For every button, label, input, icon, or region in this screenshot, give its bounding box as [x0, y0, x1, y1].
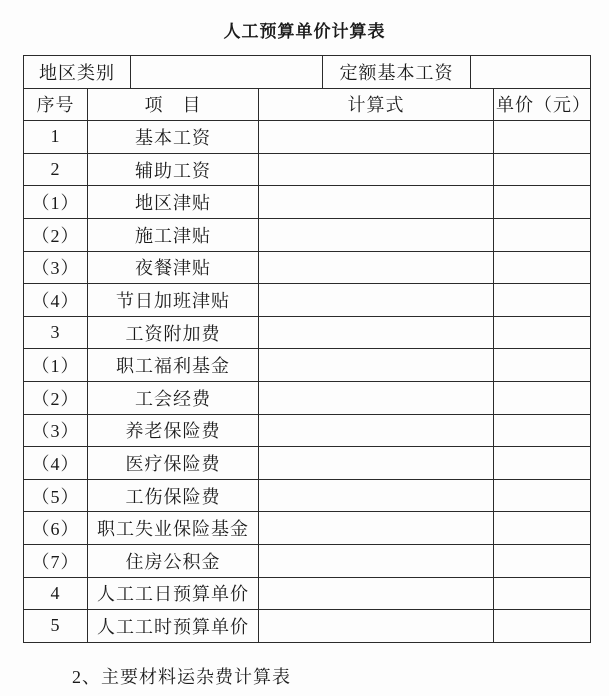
table-row: （2） 工会经费 [24, 381, 591, 414]
col-header-serial: 序号 [24, 88, 88, 121]
table-row: （7） 住房公积金 [24, 544, 591, 577]
table-row: （1） 职工福利基金 [24, 349, 591, 382]
row-no-cell: 2 [24, 153, 88, 186]
page-title: 人工预算单价计算表 [0, 17, 609, 42]
row-no-cell: （3） [24, 414, 88, 447]
table-row: 2 辅助工资 [24, 153, 591, 186]
row-item-cell: 施工津贴 [88, 218, 259, 251]
row-formula-cell [259, 153, 494, 186]
footer-note: 2、主要材料运杂费计算表 [72, 663, 291, 689]
row-price-cell [494, 414, 591, 447]
row-price-cell [494, 544, 591, 577]
info-table: 地区类别 定额基本工资 [23, 55, 591, 89]
row-item-cell: 住房公积金 [88, 544, 259, 577]
row-formula-cell [259, 284, 494, 317]
row-item-cell: 人工工时预算单价 [88, 610, 259, 643]
row-item-cell: 地区津贴 [88, 186, 259, 219]
table-row: （1） 地区津贴 [24, 186, 591, 219]
row-formula-cell [259, 577, 494, 610]
row-no-cell: 4 [24, 577, 88, 610]
row-item-cell: 辅助工资 [88, 153, 259, 186]
row-item-cell: 职工失业保险基金 [88, 512, 259, 545]
row-item-cell: 工会经费 [88, 381, 259, 414]
row-item-cell: 职工福利基金 [88, 349, 259, 382]
row-price-cell [494, 349, 591, 382]
row-price-cell [494, 577, 591, 610]
col-header-unit-price: 单价（元） [494, 88, 591, 121]
table-row: 5 人工工时预算单价 [24, 610, 591, 643]
row-formula-cell [259, 479, 494, 512]
row-price-cell [494, 153, 591, 186]
row-formula-cell [259, 381, 494, 414]
table-row: （3） 夜餐津贴 [24, 251, 591, 284]
table-row: （4） 节日加班津贴 [24, 284, 591, 317]
quota-base-wage-label: 定额基本工资 [323, 56, 471, 89]
row-item-cell: 养老保险费 [88, 414, 259, 447]
document-page: 人工预算单价计算表 地区类别 定额基本工资 序号 项 目 计算式 单价（元） 1 [0, 0, 609, 696]
row-price-cell [494, 316, 591, 349]
row-item-cell: 节日加班津贴 [88, 284, 259, 317]
row-no-cell: （4） [24, 284, 88, 317]
row-price-cell [494, 186, 591, 219]
table-row: （2） 施工津贴 [24, 218, 591, 251]
table-row: 3 工资附加费 [24, 316, 591, 349]
region-type-value [131, 56, 323, 89]
row-no-cell: （2） [24, 381, 88, 414]
row-no-cell: （1） [24, 186, 88, 219]
col-header-formula: 计算式 [259, 88, 494, 121]
row-price-cell [494, 447, 591, 480]
table-row: 4 人工工日预算单价 [24, 577, 591, 610]
row-no-cell: （2） [24, 218, 88, 251]
row-formula-cell [259, 121, 494, 154]
row-price-cell [494, 121, 591, 154]
header-row: 序号 项 目 计算式 单价（元） [24, 88, 591, 121]
row-price-cell [494, 251, 591, 284]
row-item-cell: 人工工日预算单价 [88, 577, 259, 610]
table-row: （4） 医疗保险费 [24, 447, 591, 480]
row-formula-cell [259, 316, 494, 349]
calc-table-body: 1 基本工资 2 辅助工资 （1） 地区津贴 （2） 施工津贴 （3） 夜餐津贴… [24, 121, 591, 643]
table-row: （5） 工伤保险费 [24, 479, 591, 512]
quota-base-wage-value [471, 56, 591, 89]
row-no-cell: （4） [24, 447, 88, 480]
col-header-item: 项 目 [88, 88, 259, 121]
row-price-cell [494, 284, 591, 317]
table-row: （6） 职工失业保险基金 [24, 512, 591, 545]
row-no-cell: （7） [24, 544, 88, 577]
row-price-cell [494, 610, 591, 643]
row-formula-cell [259, 218, 494, 251]
table-row: （3） 养老保险费 [24, 414, 591, 447]
row-price-cell [494, 479, 591, 512]
row-no-cell: 3 [24, 316, 88, 349]
info-row: 地区类别 定额基本工资 [24, 56, 591, 89]
table-row: 1 基本工资 [24, 121, 591, 154]
row-item-cell: 基本工资 [88, 121, 259, 154]
row-price-cell [494, 381, 591, 414]
row-price-cell [494, 512, 591, 545]
row-formula-cell [259, 610, 494, 643]
row-no-cell: （1） [24, 349, 88, 382]
row-no-cell: （3） [24, 251, 88, 284]
row-no-cell: 5 [24, 610, 88, 643]
row-formula-cell [259, 251, 494, 284]
row-formula-cell [259, 349, 494, 382]
row-formula-cell [259, 186, 494, 219]
calc-table: 序号 项 目 计算式 单价（元） 1 基本工资 2 辅助工资 （1） 地区津贴 … [23, 88, 591, 643]
row-no-cell: （5） [24, 479, 88, 512]
row-item-cell: 夜餐津贴 [88, 251, 259, 284]
row-formula-cell [259, 414, 494, 447]
row-no-cell: （6） [24, 512, 88, 545]
row-item-cell: 医疗保险费 [88, 447, 259, 480]
row-formula-cell [259, 544, 494, 577]
row-item-cell: 工伤保险费 [88, 479, 259, 512]
row-formula-cell [259, 512, 494, 545]
row-no-cell: 1 [24, 121, 88, 154]
row-price-cell [494, 218, 591, 251]
row-formula-cell [259, 447, 494, 480]
region-type-label: 地区类别 [24, 56, 131, 89]
calc-table-wrapper: 地区类别 定额基本工资 序号 项 目 计算式 单价（元） 1 基本工资 2 辅助… [23, 55, 590, 643]
row-item-cell: 工资附加费 [88, 316, 259, 349]
